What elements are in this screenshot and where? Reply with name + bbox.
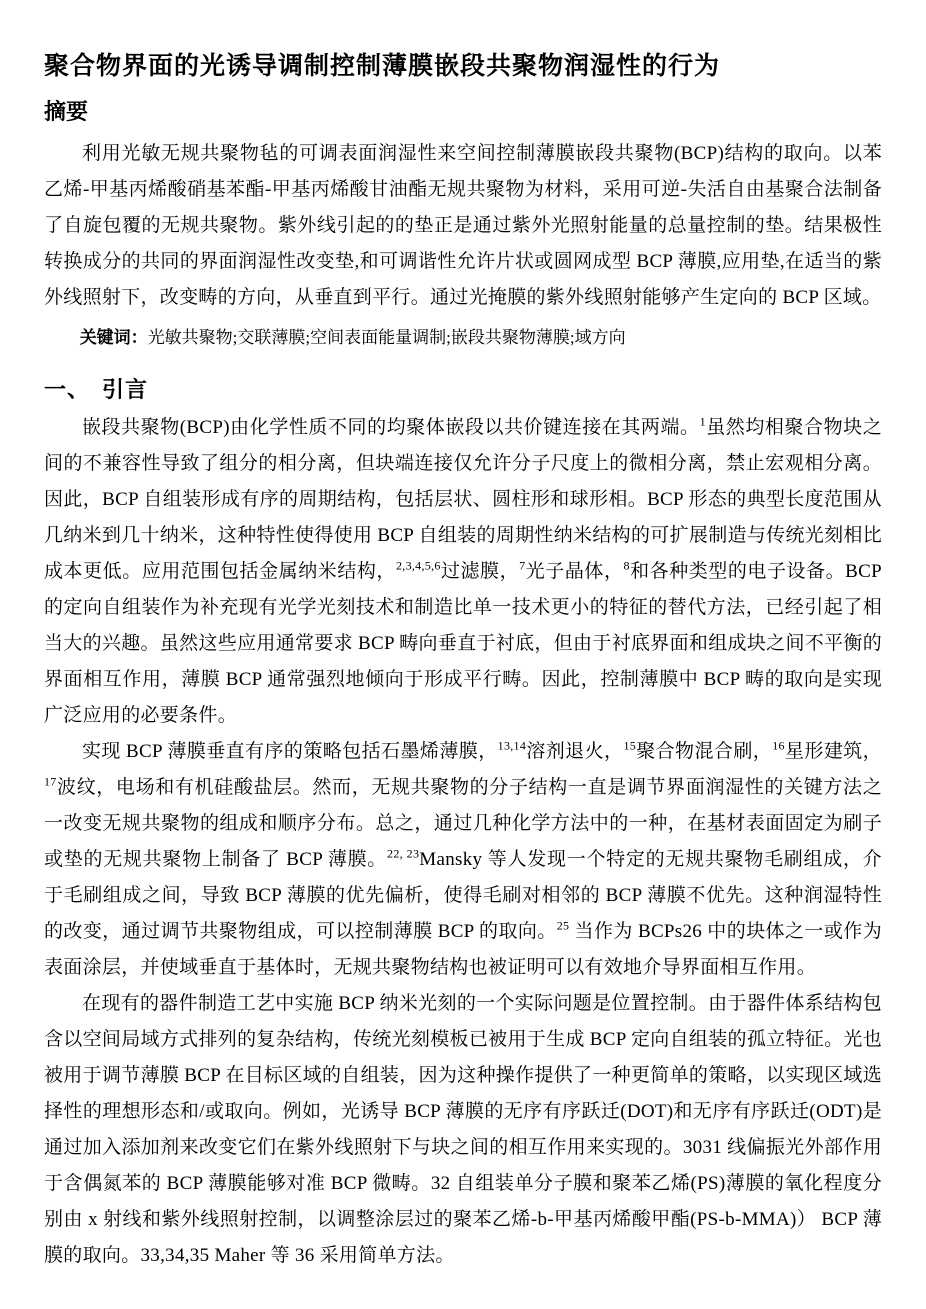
body-text-segment: 光子晶体， (525, 561, 623, 582)
intro-paragraph-3: 在现有的器件制造工艺中实施 BCP 纳米光刻的一个实际问题是位置控制。由于器件体… (44, 986, 882, 1274)
body-text-segment: 在现有的器件制造工艺中实施 BCP 纳米光刻的一个实际问题是位置控制。由于器件体… (44, 993, 882, 1266)
citation-superscript: 13,14 (498, 739, 527, 753)
citation-superscript: 22, 23 (387, 847, 419, 861)
paper-title: 聚合物界面的光诱导调制控制薄膜嵌段共聚物润湿性的行为 (44, 50, 882, 82)
body-text-segment: 虽然均相聚合物块之间的不兼容性导致了组分的相分离，但块端连接仅允许分子尺度上的微… (44, 417, 882, 582)
keywords-text: 光敏共聚物;交联薄膜;空间表面能量调制;嵌段共聚物薄膜;域方向 (148, 328, 626, 347)
abstract-paragraph: 利用光敏无规共聚物毡的可调表面润湿性来空间控制薄膜嵌段共聚物(BCP)结构的取向… (44, 136, 882, 316)
keywords-line: 关键词：光敏共聚物;交联薄膜;空间表面能量调制;嵌段共聚物薄膜;域方向 (44, 322, 882, 354)
abstract-heading: 摘要 (44, 98, 882, 126)
body-text-segment: 溶剂退火， (526, 741, 623, 762)
keywords-label: 关键词： (80, 328, 148, 347)
body-text-segment: 和各种类型的电子设备。BCP 的定向自组装作为补充现有光学光刻技术和制造比单一技… (44, 561, 882, 726)
citation-superscript: 25 (557, 919, 570, 933)
body-text-segment: 过滤膜， (441, 561, 519, 582)
introduction-heading: 一、 引言 (44, 376, 882, 404)
body-text-segment: 星形建筑， (785, 741, 882, 762)
body-text-segment: 实现 BCP 薄膜垂直有序的策略包括石墨烯薄膜， (82, 741, 498, 762)
intro-paragraph-1: 嵌段共聚物(BCP)由化学性质不同的均聚体嵌段以共价键连接在其两端。1虽然均相聚… (44, 410, 882, 734)
citation-superscript: 2,3,4,5,6 (396, 559, 441, 573)
intro-paragraph-2: 实现 BCP 薄膜垂直有序的策略包括石墨烯薄膜，13,14溶剂退火，15聚合物混… (44, 734, 882, 986)
paper-page: 聚合物界面的光诱导调制控制薄膜嵌段共聚物润湿性的行为 摘要 利用光敏无规共聚物毡… (0, 0, 926, 1309)
citation-superscript: 16 (772, 739, 785, 753)
body-text-segment: 嵌段共聚物(BCP)由化学性质不同的均聚体嵌段以共价键连接在其两端。 (82, 417, 700, 438)
citation-superscript: 15 (623, 739, 636, 753)
body-text-segment: 聚合物混合刷， (636, 741, 772, 762)
citation-superscript: 17 (44, 775, 57, 789)
